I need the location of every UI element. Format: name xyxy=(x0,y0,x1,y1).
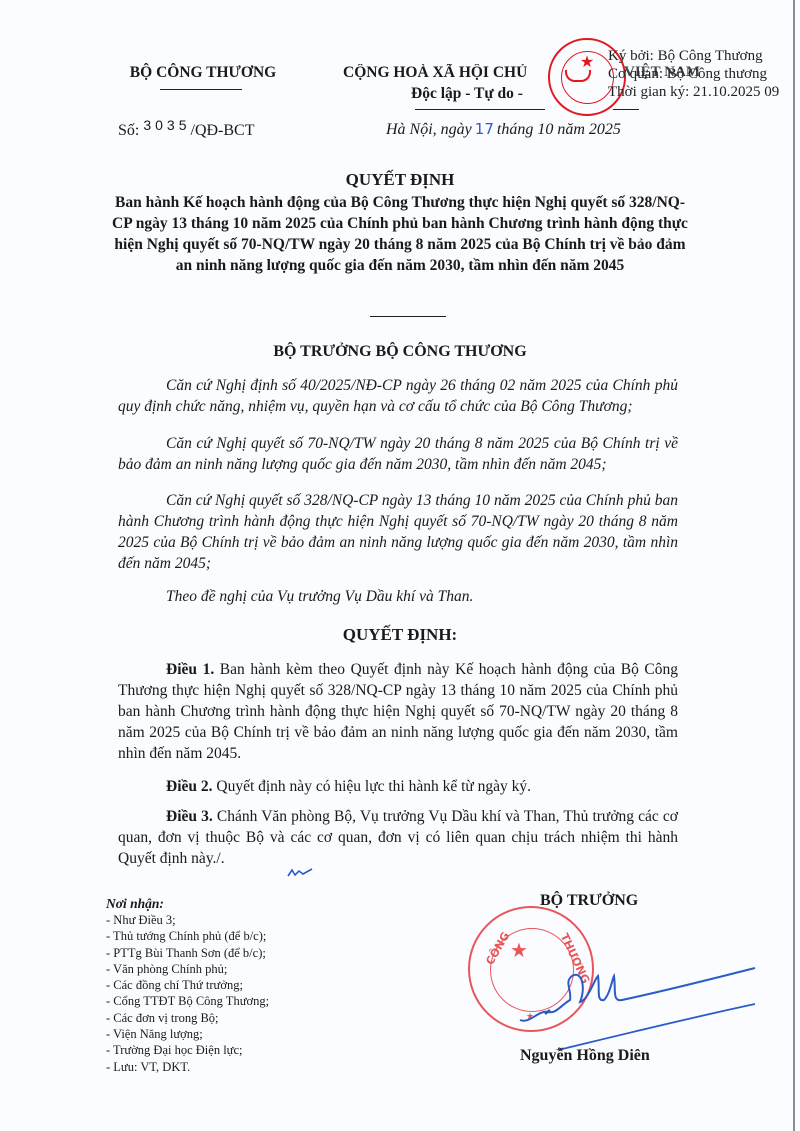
document-subtitle: Ban hành Kế hoạch hành động của Bộ Công … xyxy=(110,192,690,276)
issuing-authority: BỘ TRƯỞNG BỘ CÔNG THƯƠNG xyxy=(0,343,800,361)
preamble-3: Căn cứ Nghị quyết số 328/NQ-CP ngày 13 t… xyxy=(118,490,678,574)
recipients-label: Nơi nhận: xyxy=(106,896,164,912)
initials-mark-icon xyxy=(286,866,316,880)
preamble-2: Căn cứ Nghị quyết số 70-NQ/TW ngày 20 th… xyxy=(118,433,678,475)
article-2-text: Quyết định này có hiệu lực thi hành kể t… xyxy=(213,778,532,795)
national-motto: Độc lập - Tự do - xyxy=(411,85,523,103)
article-1: Điều 1. Ban hành kèm theo Quyết định này… xyxy=(118,659,678,764)
doc-number-handwritten: 3035 xyxy=(143,117,190,133)
document-number: Số: 3035/QĐ-BCT xyxy=(118,122,255,140)
recipient-item: - Viện Năng lượng; xyxy=(106,1026,269,1042)
ministry-name: BỘ CÔNG THƯƠNG xyxy=(118,64,288,82)
document-title: QUYẾT ĐỊNH xyxy=(0,170,800,190)
article-3-label: Điều 3. xyxy=(166,808,213,825)
recipient-item: - Thủ tướng Chính phủ (để b/c); xyxy=(106,928,269,944)
article-2-label: Điều 2. xyxy=(166,778,213,795)
preamble-4: Theo đề nghị của Vụ trưởng Vụ Dầu khí và… xyxy=(118,586,678,607)
signer-name: Nguyễn Hồng Diên xyxy=(520,1047,650,1065)
place-date: Hà Nội, ngày17tháng 10 năm 2025 xyxy=(386,120,621,139)
recipients-list: - Như Điều 3; - Thủ tướng Chính phủ (để … xyxy=(106,912,269,1075)
recipient-item: - Văn phòng Chính phủ; xyxy=(106,961,269,977)
place-prefix: Hà Nội, ngày xyxy=(386,121,472,138)
signed-by: Ký bởi: Bộ Công Thương xyxy=(608,47,779,65)
day-handwritten: 17 xyxy=(472,120,497,138)
article-3: Điều 3. Chánh Văn phòng Bộ, Vụ trưởng Vụ… xyxy=(118,806,678,869)
article-1-label: Điều 1. xyxy=(166,661,214,678)
recipient-item: - Trường Đại học Điện lực; xyxy=(106,1042,269,1058)
digital-signature-info: Ký bởi: Bộ Công Thương Cơ quan: Bộ Công … xyxy=(608,47,779,101)
recipient-item: - Các đồng chí Thứ trưởng; xyxy=(106,977,269,993)
decision-heading: QUYẾT ĐỊNH: xyxy=(0,625,800,645)
signed-time: Thời gian ký: 21.10.2025 09 xyxy=(608,83,779,101)
doc-number-label: Số: xyxy=(118,122,139,139)
recipient-item: - Như Điều 3; xyxy=(106,912,269,928)
recipient-item: - PTTg Bùi Thanh Sơn (để b/c); xyxy=(106,945,269,961)
recipient-item: - Cổng TTĐT Bộ Công Thương; xyxy=(106,993,269,1009)
nation-name: CỘNG HOÀ XÃ HỘI CHỦ xyxy=(343,64,543,82)
motto-underline xyxy=(415,109,545,110)
article-2: Điều 2. Quyết định này có hiệu lực thi h… xyxy=(118,776,678,797)
signing-agency: Cơ quan: Bộ Công thương xyxy=(608,65,779,83)
recipient-item: - Các đơn vị trong Bộ; xyxy=(106,1010,269,1026)
motto-underline-end xyxy=(613,109,639,110)
handwritten-signature-icon xyxy=(500,940,760,1050)
preamble-1: Căn cứ Nghị định số 40/2025/NĐ-CP ngày 2… xyxy=(118,375,678,417)
signer-title: BỘ TRƯỞNG xyxy=(540,892,638,910)
title-underline xyxy=(370,316,446,317)
ministry-underline xyxy=(160,89,242,90)
place-suffix: tháng 10 năm 2025 xyxy=(497,121,621,138)
doc-number-suffix: /QĐ-BCT xyxy=(191,122,255,139)
recipient-item: - Lưu: VT, DKT. xyxy=(106,1059,269,1075)
